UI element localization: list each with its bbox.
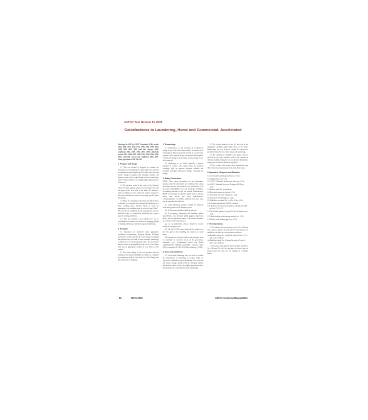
paragraph: 1.1 This test method is designed to eval…	[118, 166, 159, 184]
paragraph: 1.2 The abrasive action is the result of…	[118, 184, 159, 199]
paragraph: 6.11 Stainless steel lever lock canister…	[207, 205, 248, 210]
paragraph: 6.14 White textile blotting paper (see 1…	[207, 218, 248, 221]
section-heading: 4. Safety Precautions	[163, 177, 204, 180]
paragraph: 4.1 Good laboratory practices should be …	[163, 204, 204, 209]
paragraph: 6.12 Steel balls, stainless, 6 mm (0.25 …	[207, 210, 248, 215]
paragraph: (a) Multifiber fabric No. 1 should be us…	[207, 234, 248, 239]
document-page: AATCC Test Method 61-2006 Colorfastness …	[118, 118, 248, 302]
paragraph: 3.2 laundering, n.—of textile materials,…	[163, 162, 204, 175]
section-heading: 3. Terminology	[163, 143, 204, 146]
paragraph: 1.4 This test method is not intended for…	[118, 218, 159, 226]
paragraph: 4.4 An eyewash/safety shower should be l…	[163, 223, 204, 228]
text-columns: Developed in 1952 by AATCC Committee RA6…	[118, 143, 248, 293]
paragraph: 2.2 The color change of the test specime…	[118, 252, 159, 262]
footer-manual-ref: AATCC Technical Manual/2010	[215, 297, 248, 300]
text-column: Developed in 1952 by AATCC Committee RA6…	[118, 143, 159, 293]
paragraph: 3.1 colorfastness, n.—the resistance of …	[163, 147, 204, 162]
paragraph: Developed in 1952 by AATCC Committee RA6…	[118, 143, 159, 161]
paragraph: NOTE: These safety precautions are for i…	[163, 181, 204, 204]
section-heading: 5. Uses and Limitations	[163, 251, 204, 254]
paragraph: 5.2 The results obtained in one 45 min t…	[207, 143, 248, 153]
paragraph: 7.1 For fabrics, the test specimen size …	[207, 226, 248, 234]
paragraph: 4.3 In preparing, dispensing and handlin…	[163, 212, 204, 222]
paragraph: 4.5 The 49C (120F) water bath and the ca…	[163, 228, 204, 236]
paragraph: 5.4 Use results with caution since instr…	[207, 164, 248, 169]
footer-page-number: 86	[119, 297, 122, 300]
text-column: 5.2 The results obtained in one 45 min t…	[207, 143, 248, 293]
section-heading: 6. Apparatus, Reagents and Materials	[207, 171, 248, 174]
paragraph: 5.3 The staining on multifiber test fabr…	[207, 154, 248, 164]
paragraph: 7.2 For yarns, either knit the yarn into…	[207, 245, 248, 255]
document-title: Colorfastness to Laundering, Home and Co…	[118, 128, 248, 132]
paragraph: 2.1 Specimens are laundered under approp…	[118, 231, 159, 251]
paragraph: 5.1 Accelerated laundering tests are use…	[163, 254, 204, 269]
footer-method-ref: TM 61-2006	[131, 297, 143, 300]
text-column: 3. Terminology3.1 colorfastness, n.—the …	[163, 143, 204, 293]
section-heading: 2. Principle	[118, 227, 159, 230]
section-heading: 1. Purpose and Scope	[118, 163, 159, 166]
paragraph: 6.4 AATCC Standard Reference Detergent W…	[207, 183, 248, 188]
section-heading: 7. Test Specimens	[207, 223, 248, 226]
page-footer: 86 TM 61-2006 AATCC Technical Manual/201…	[119, 297, 248, 300]
paragraph: 4.6 Exposure to chemicals used in this p…	[163, 236, 204, 249]
paragraph: (b) Multifiber fabric No. 10 should be u…	[207, 240, 248, 245]
screenshot-canvas: AATCC Test Method 61-2006 Colorfastness …	[0, 0, 368, 420]
paragraph: 1.3 Where it is desirable to determine t…	[118, 200, 159, 218]
method-number: AATCC Test Method 61-2006	[124, 121, 248, 124]
